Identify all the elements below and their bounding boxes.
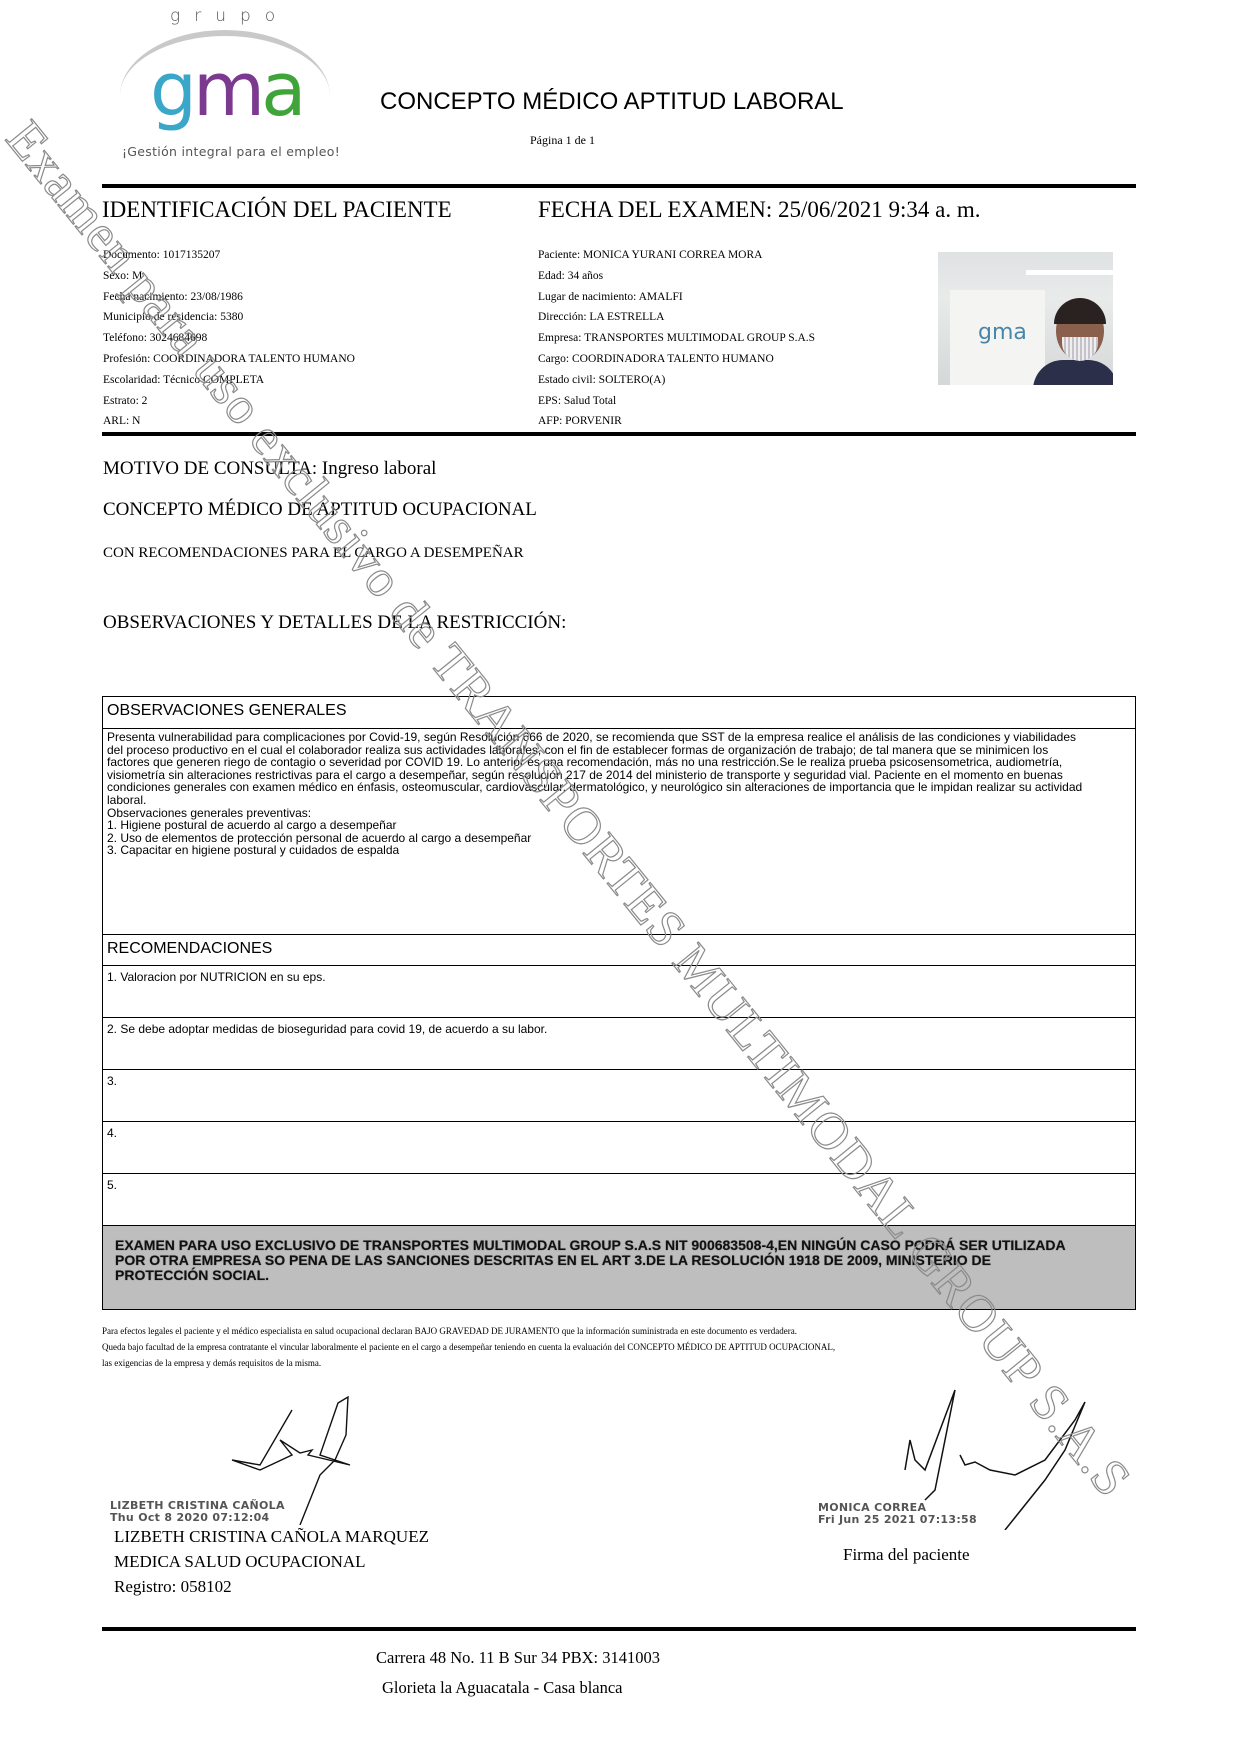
- field-edad: Edad: 34 años: [538, 266, 815, 287]
- divider: [102, 184, 1136, 188]
- doctor-info: LIZBETH CRISTINA CAÑOLA MARQUEZ MEDICA S…: [114, 1524, 429, 1599]
- obs-general-header: OBSERVACIONES GENERALES: [103, 697, 1135, 729]
- field-telefono: Teléfono: 3024684698: [103, 328, 355, 349]
- logo-grupo-text: grupo: [170, 6, 289, 26]
- recommendation-4: 4.: [103, 1122, 1135, 1174]
- document-title: CONCEPTO MÉDICO APTITUD LABORAL: [380, 88, 844, 116]
- exam-date: FECHA DEL EXAMEN: 25/06/2021 9:34 a. m.: [538, 197, 981, 223]
- patient-signature-label: Firma del paciente: [843, 1545, 970, 1565]
- logo-mark: gma: [150, 50, 302, 130]
- field-documento: Documento: 1017135207: [103, 245, 355, 266]
- doctor-signature-stamp: LIZBETH CRISTINA CAÑOLA Thu Oct 8 2020 0…: [110, 1500, 285, 1524]
- field-sexo: Sexo: M: [103, 266, 355, 287]
- field-afp: AFP: PORVENIR: [538, 411, 815, 432]
- footer-divider: [102, 1627, 1136, 1631]
- patient-fields-left: Documento: 1017135207 Sexo: M Fecha naci…: [103, 245, 355, 432]
- concepto-resultado: CON RECOMENDACIONES PARA EL CARGO A DESE…: [103, 545, 524, 562]
- field-estrato: Estrato: 2: [103, 391, 355, 412]
- exam-date-value: 25/06/2021 9:34 a. m.: [778, 197, 981, 222]
- field-escolaridad: Escolaridad: Técnico COMPLETA: [103, 370, 355, 391]
- field-paciente: Paciente: MONICA YURANI CORREA MORA: [538, 245, 815, 266]
- recommendation-2: 2. Se debe adoptar medidas de biosegurid…: [103, 1018, 1135, 1070]
- gma-logo: grupo gma ¡Gestión integral para el empl…: [110, 0, 340, 170]
- legal-disclaimer: Para efectos legales el paciente y el mé…: [102, 1323, 835, 1371]
- recommendations-header: RECOMENDACIONES: [103, 935, 1135, 966]
- legal-line-2: Queda bajo facultad de la empresa contra…: [102, 1339, 835, 1355]
- legal-line-3: las exigencias de la empresa y demás req…: [102, 1355, 835, 1371]
- footer-address-1: Carrera 48 No. 11 B Sur 34 PBX: 3141003: [376, 1648, 660, 1668]
- photo-banner-logo: gma: [978, 320, 1027, 345]
- observaciones-heading: OBSERVACIONES Y DETALLES DE LA RESTRICCI…: [103, 612, 566, 634]
- motivo-consulta: MOTIVO DE CONSULTA: Ingreso laboral: [103, 458, 436, 480]
- field-empresa: Empresa: TRANSPORTES MULTIMODAL GROUP S.…: [538, 328, 815, 349]
- patient-id-heading: IDENTIFICACIÓN DEL PACIENTE: [102, 197, 452, 223]
- recommendation-1: 1. Valoracion por NUTRICION en su eps.: [103, 966, 1135, 1018]
- field-arl: ARL: N: [103, 411, 355, 432]
- field-direccion: Dirección: LA ESTRELLA: [538, 307, 815, 328]
- field-eps: EPS: Salud Total: [538, 391, 815, 412]
- obs-general-text: Presenta vulnerabilidad para complicacio…: [103, 729, 1135, 935]
- field-lugar-nacimiento: Lugar de nacimiento: AMALFI: [538, 287, 815, 308]
- field-municipio: Municipio de residencia: 5380: [103, 307, 355, 328]
- field-fecha-nacimiento: Fecha nacimiento: 23/08/1986: [103, 287, 355, 308]
- exclusive-use-warning: EXAMEN PARA USO EXCLUSIVO DE TRANSPORTES…: [103, 1226, 1135, 1309]
- patient-fields-right: Paciente: MONICA YURANI CORREA MORA Edad…: [538, 245, 815, 432]
- doctor-role: MEDICA SALUD OCUPACIONAL: [114, 1549, 429, 1574]
- recommendation-5: 5.: [103, 1174, 1135, 1226]
- patient-signature-stamp: MONICA CORREA Fri Jun 25 2021 07:13:58: [818, 1502, 977, 1526]
- exam-date-label: FECHA DEL EXAMEN:: [538, 197, 772, 222]
- concepto-aptitud: CONCEPTO MÉDICO DE APTITUD OCUPACIONAL: [103, 499, 537, 521]
- page-number: Página 1 de 1: [530, 133, 595, 148]
- doctor-name: LIZBETH CRISTINA CAÑOLA MARQUEZ: [114, 1524, 429, 1549]
- field-profesion: Profesión: COORDINADORA TALENTO HUMANO: [103, 349, 355, 370]
- legal-line-1: Para efectos legales el paciente y el mé…: [102, 1323, 835, 1339]
- recommendation-3: 3.: [103, 1070, 1135, 1122]
- logo-tagline: ¡Gestión integral para el empleo!: [122, 144, 340, 159]
- footer-address-2: Glorieta la Aguacatala - Casa blanca: [382, 1678, 623, 1698]
- observations-table: OBSERVACIONES GENERALES Presenta vulnera…: [102, 696, 1136, 1310]
- field-cargo: Cargo: COORDINADORA TALENTO HUMANO: [538, 349, 815, 370]
- doctor-registro: Registro: 058102: [114, 1574, 429, 1599]
- field-estado-civil: Estado civil: SOLTERO(A): [538, 370, 815, 391]
- patient-photo: gma: [938, 252, 1113, 385]
- divider: [102, 432, 1136, 436]
